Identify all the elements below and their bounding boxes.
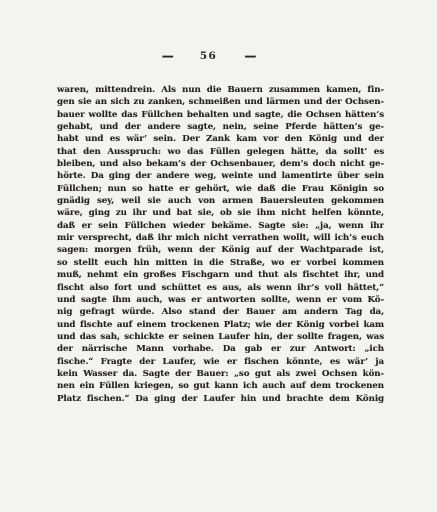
text-line: muß, nehmt ein großes Fischgarn und thut… bbox=[57, 269, 384, 281]
text-line: nig gefragt würde. Also stand der Bauer … bbox=[57, 306, 384, 318]
text-line: daß er sein Füllchen wieder bekäme. Sagt… bbox=[57, 220, 384, 232]
text-line: waren, mittendrein. Als nun die Bauern z… bbox=[57, 84, 384, 96]
text-line: bauer wollte das Füllchen behalten und s… bbox=[57, 109, 384, 121]
text-line: mir versprecht, daß ihr mich nicht verra… bbox=[57, 232, 384, 244]
text-line: wäre, ging zu ihr und bat sie, ob sie ih… bbox=[57, 207, 384, 219]
text-line: gen sie an sich zu zanken, schmeißen und… bbox=[57, 96, 384, 108]
book-page: — 56 — waren, mittendrein. Als nun die B… bbox=[0, 0, 437, 512]
text-line: kein Wasser da. Sagte der Bauer: „so gut… bbox=[57, 368, 384, 380]
text-line: sagen: morgen früh, wenn der König auf d… bbox=[57, 244, 384, 256]
text-line: gnädig sey, weil sie auch von armen Baue… bbox=[57, 195, 384, 207]
text-line: fischt also fort und schüttet es aus, al… bbox=[57, 282, 384, 294]
header-dash-right: — bbox=[244, 50, 255, 63]
text-line: Platz fischen.“ Da ging der Laufer hin u… bbox=[57, 393, 384, 405]
text-line: so stellt euch hin mitten in die Straße,… bbox=[57, 257, 384, 269]
text-line: und sagte ihm auch, was er antworten sol… bbox=[57, 294, 384, 306]
text-line: bleiben, und also bekam’s der Ochsenbaue… bbox=[57, 158, 384, 170]
text-line: hörte. Da ging der andere weg, weinte un… bbox=[57, 170, 384, 182]
header-dash-left: — bbox=[162, 50, 173, 63]
text-line: gehabt, und der andere sagte, nein, sein… bbox=[57, 121, 384, 133]
page-number: 56 bbox=[200, 50, 218, 62]
text-line: nen ein Füllen kriegen, so gut kann ich … bbox=[57, 380, 384, 392]
text-line: Füllchen; nun so hatte er gehört, wie da… bbox=[57, 183, 384, 195]
text-line: that den Ausspruch: wo das Füllen gelege… bbox=[57, 146, 384, 158]
body-text: waren, mittendrein. Als nun die Bauern z… bbox=[57, 84, 384, 405]
text-line: und fischte auf einem trockenen Platz; w… bbox=[57, 319, 384, 331]
text-line: der närrische Mann vorhabe. Da gab er zu… bbox=[57, 343, 384, 355]
text-line: habt und es wär’ sein. Der Zank kam vor … bbox=[57, 133, 384, 145]
page-header: — 56 — bbox=[45, 50, 372, 62]
text-line: fische.“ Fragte der Laufer, wie er fisch… bbox=[57, 356, 384, 368]
text-line: und das sah, schickte er seinen Laufer h… bbox=[57, 331, 384, 343]
